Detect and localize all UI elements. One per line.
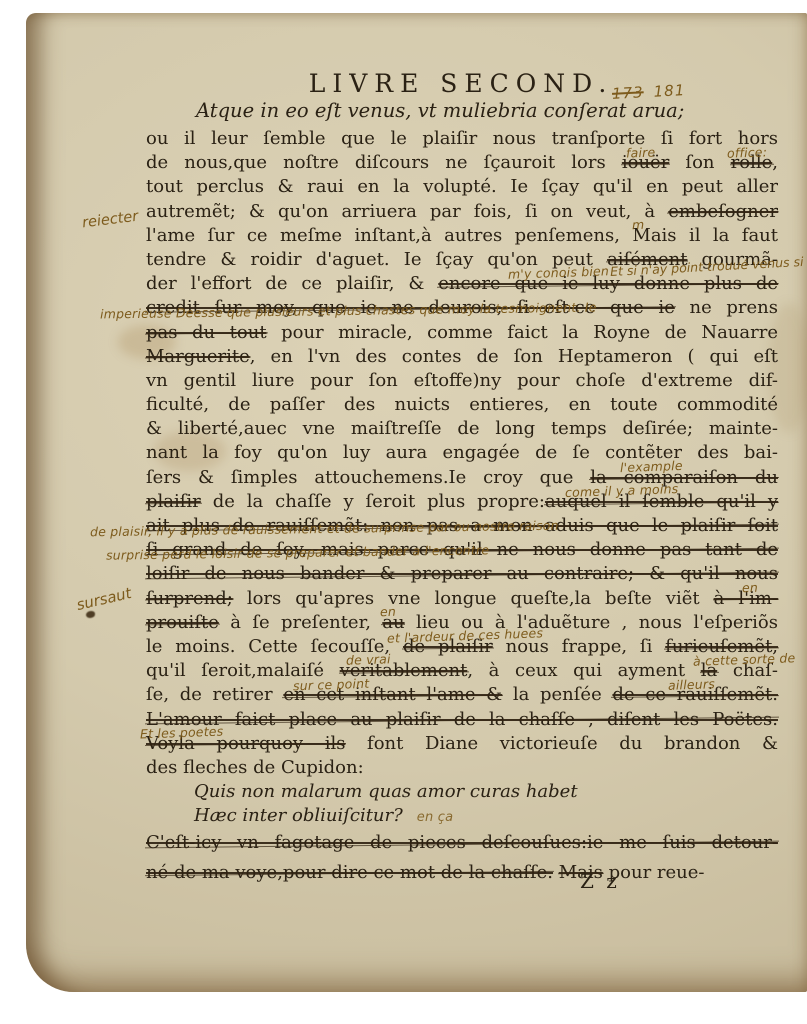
- struck-text: embeſogner: [668, 201, 778, 222]
- struck-text: L'amour faict place au plaiſir de la cha…: [146, 709, 778, 730]
- text: der l'effort de ce plaiſir, &: [146, 273, 438, 294]
- print-text: der l'effort de ce plaiſir, &: [146, 273, 438, 294]
- text: autremẽt; & qu'on arriuera par fois, ſi …: [146, 201, 668, 222]
- print-text: de nous,que noſtre diſcours ne ſçauroit …: [146, 152, 622, 173]
- text: de la chaſſe y ſeroit plus propre:: [201, 491, 545, 512]
- text: en ça: [417, 810, 453, 825]
- text: pas du tout: [146, 322, 267, 343]
- text: des fleches de Cupidon:: [146, 757, 364, 778]
- text-line: der l'effort de ce plaiſir, & encore que…: [146, 272, 778, 296]
- print-text: de la chaſſe y ſeroit plus propre:: [201, 491, 545, 512]
- handwritten-correction: m: [632, 219, 645, 231]
- text: nant la foy qu'on luy aura engagée de ſe…: [146, 442, 778, 463]
- text: ficulté, de paſſer des nuicts entieres, …: [146, 394, 778, 415]
- text-line: ſers & ſimples attouchemens.Ie croy que …: [146, 466, 778, 490]
- print-text: & liberté,auec vne maiſtreſſe de long te…: [146, 418, 778, 439]
- print-text: ſe, de retirer: [146, 684, 283, 705]
- text: ou il leur ſemble que le plaiſir nous tr…: [146, 128, 778, 149]
- text: font Diane victorieuſe du brandon &: [345, 733, 778, 754]
- latin-epigraph: Atque in eo eſt venus, vt muliebria conſ…: [146, 99, 776, 122]
- struck-text: prouiſte: [146, 612, 219, 633]
- text: & liberté,auec vne maiſtreſſe de long te…: [146, 418, 778, 439]
- text: loiſir de nous bander & preparer au cont…: [146, 563, 778, 584]
- print-text: la penſée: [502, 684, 612, 705]
- print-text: à ſe preſenter,: [219, 612, 382, 633]
- text: plaiſir: [146, 491, 201, 512]
- text: né de ma voye,pour dire ce mot de la cha…: [146, 862, 553, 883]
- struck-text: ſurprend;: [146, 588, 233, 609]
- text-line: Hæc inter obliuiſcitur?en ça: [146, 804, 778, 828]
- text: lors qu'apres vne longue queſte,la beſte…: [233, 588, 714, 609]
- text-line: autremẽt; & qu'on arriuera par fois, ſi …: [146, 200, 778, 224]
- struck-text: de ce rauiſſemẽt.ailleurs: [612, 684, 778, 705]
- handwritten-correction: en: [741, 582, 757, 595]
- print-text: ficulté, de paſſer des nuicts entieres, …: [146, 394, 778, 415]
- text: ſon: [669, 152, 730, 173]
- text-line: & liberté,auec vne maiſtreſſe de long te…: [146, 417, 778, 441]
- struck-text: de plaiſiret l'ardeur de ces huees: [403, 636, 493, 657]
- struck-text: pas du tout: [146, 322, 267, 343]
- struck-text: loiſir de nous bander & preparer au cont…: [146, 563, 778, 584]
- text-line: L'amour faict place au plaiſir de la cha…: [146, 708, 778, 732]
- folio-number-corrected: 181: [653, 81, 686, 101]
- text-line: C'eſt-icy vn fagotage de pieces deſcouſu…: [146, 831, 778, 855]
- text-line: le moins. Cette ſecouſſe, de plaiſiret l…: [146, 635, 778, 659]
- handwritten-correction: Et les poetes: [140, 726, 224, 741]
- text: ſe, de retirer: [146, 684, 283, 705]
- text-line: ſurprend; lors qu'apres vne longue queſt…: [146, 587, 778, 611]
- handwritten-correction: à cette sorte de: [693, 653, 796, 669]
- text: l'ame ſur ce meſme inſtant,à autres penſ…: [146, 225, 632, 246]
- text-line: tout perclus & raui en la volupté. Ie ſç…: [146, 175, 778, 199]
- book-page: LIVRE SECOND. 173181 Atque in eo eſt ven…: [26, 13, 807, 992]
- text: ne prens: [675, 297, 778, 318]
- handwritten-correction: de vrai: [345, 654, 390, 668]
- text-line: l'ame ſur ce meſme inſtant,à autres penſ…: [146, 224, 778, 248]
- struck-text: C'eſt-icy vn fagotage de pieces deſcouſu…: [146, 832, 778, 853]
- catchword-signature: Z z: [580, 869, 620, 893]
- handwritten-correction: en: [380, 606, 396, 619]
- text-line: de nous,que noſtre diſcours ne ſçauroit …: [146, 151, 778, 175]
- handwritten-correction: ailleurs: [668, 678, 715, 692]
- print-text: , à ceux qui ayment: [467, 660, 700, 681]
- text: Marguerite: [146, 346, 250, 367]
- text: Quis non malarum quas amor curas habet: [194, 781, 578, 802]
- text: embeſogner: [668, 201, 778, 222]
- text: de nous,que noſtre diſcours ne ſçauroit …: [146, 152, 622, 173]
- text: Hæc inter obliuiſcitur?: [194, 805, 403, 826]
- text-line: ficulté, de paſſer des nuicts entieres, …: [146, 393, 778, 417]
- text-block: ou il leur ſemble que le plaiſir nous tr…: [146, 127, 778, 885]
- struck-text: né de ma voye,pour dire ce mot de la cha…: [146, 862, 553, 883]
- struck-text: Voyla pourquoy ilsEt les poetes: [146, 733, 345, 754]
- print-text: pour miracle, comme faict la Royne de Na…: [267, 322, 778, 343]
- text-line: né de ma voye,pour dire ce mot de la cha…: [146, 861, 778, 885]
- text: ,: [772, 152, 778, 173]
- text: à ſe preſenter,: [219, 612, 382, 633]
- margin-note-reiecter: reiecter: [81, 209, 139, 232]
- text-line: loiſir de nous bander & preparer au cont…: [146, 562, 778, 586]
- text: vn gentil liure pour ſon eſtoffe)ny pour…: [146, 370, 778, 391]
- text: la penſée: [502, 684, 612, 705]
- text-line: Quis non malarum quas amor curas habet: [146, 780, 778, 804]
- text: Mais il la faut: [632, 225, 778, 246]
- text: prouiſte: [146, 612, 219, 633]
- print-text: l'ame ſur ce meſme inſtant,à autres penſ…: [146, 225, 632, 246]
- struck-text: iouërfaire: [622, 152, 669, 173]
- print-text: vn gentil liure pour ſon eſtoffe)ny pour…: [146, 370, 778, 391]
- handwritten-scribble: en ça: [417, 810, 453, 825]
- text: ſurprend;: [146, 588, 233, 609]
- text-line: vn gentil liure pour ſon eſtoffe)ny pour…: [146, 369, 778, 393]
- text-line: des fleches de Cupidon:: [146, 756, 778, 780]
- text-line: ſe, de retirer en cet inſtant l'ame &sur…: [146, 683, 778, 707]
- handwritten-correction: faire: [626, 146, 656, 159]
- struck-text: auquel il ſemble qu'il ycome il y a moin…: [545, 491, 778, 512]
- print-text: ſon: [669, 152, 730, 173]
- text: tout perclus & raui en la volupté. Ie ſç…: [146, 176, 778, 197]
- text-line: ou il leur ſemble que le plaiſir nous tr…: [146, 127, 778, 151]
- handwritten-correction: l'example: [620, 460, 683, 474]
- text-line: plaiſir de la chaſſe y ſeroit plus propr…: [146, 490, 778, 514]
- struck-text: rolleoffice:: [731, 152, 773, 173]
- struck-text: Marguerite: [146, 346, 250, 367]
- print-text: des fleches de Cupidon:: [146, 757, 364, 778]
- print-text: ſers & ſimples attouchemens.Ie croy que: [146, 467, 590, 488]
- print-text: , en l'vn des contes de ſon Heptameron (…: [250, 346, 778, 367]
- text: C'eſt-icy vn fagotage de pieces deſcouſu…: [146, 832, 778, 853]
- struck-text: à l'im-en: [714, 588, 778, 609]
- text: pour miracle, comme faict la Royne de Na…: [267, 322, 778, 343]
- text: L'amour faict place au plaiſir de la cha…: [146, 709, 778, 730]
- struck-text: encore que ie luy donne plus dem'y conoi…: [438, 273, 778, 294]
- print-text: lors qu'apres vne longue queſte,la beſte…: [233, 588, 714, 609]
- print-text: Quis non malarum quas amor curas habet: [194, 781, 578, 802]
- print-text: ,: [772, 152, 778, 173]
- text-line: nant la foy qu'on luy aura engagée de ſe…: [146, 441, 778, 465]
- print-text: font Diane victorieuſe du brandon &: [345, 733, 778, 754]
- print-text: Mais il la fautm: [632, 225, 778, 246]
- text-line: Marguerite, en l'vn des contes de ſon He…: [146, 345, 778, 369]
- text: , en l'vn des contes de ſon Heptameron (…: [250, 346, 778, 367]
- book-page-photo: LIVRE SECOND. 173181 Atque in eo eſt ven…: [0, 0, 807, 1024]
- handwritten-correction: office:: [726, 146, 767, 159]
- handwritten-correction: sur ce point: [293, 677, 370, 692]
- print-text: ou il leur ſemble que le plaiſir nous tr…: [146, 128, 778, 149]
- print-text: ne prens: [675, 297, 778, 318]
- struck-text: en cet inſtant l'ame &sur ce point: [283, 684, 502, 705]
- text: , à ceux qui ayment: [467, 660, 700, 681]
- margin-note-sursaut: sursaut: [75, 584, 134, 614]
- print-text: tout perclus & raui en la volupté. Ie ſç…: [146, 176, 778, 197]
- text-line: pas du tout pour miracle, comme faict la…: [146, 321, 778, 345]
- print-text: autremẽt; & qu'on arriuera par fois, ſi …: [146, 201, 668, 222]
- struck-text: plaiſir: [146, 491, 201, 512]
- print-text: Hæc inter obliuiſcitur?: [194, 805, 403, 826]
- print-text: nant la foy qu'on luy aura engagée de ſe…: [146, 442, 778, 463]
- text: ſers & ſimples attouchemens.Ie croy que: [146, 467, 590, 488]
- text-line: Voyla pourquoy ilsEt les poetes font Dia…: [146, 732, 778, 756]
